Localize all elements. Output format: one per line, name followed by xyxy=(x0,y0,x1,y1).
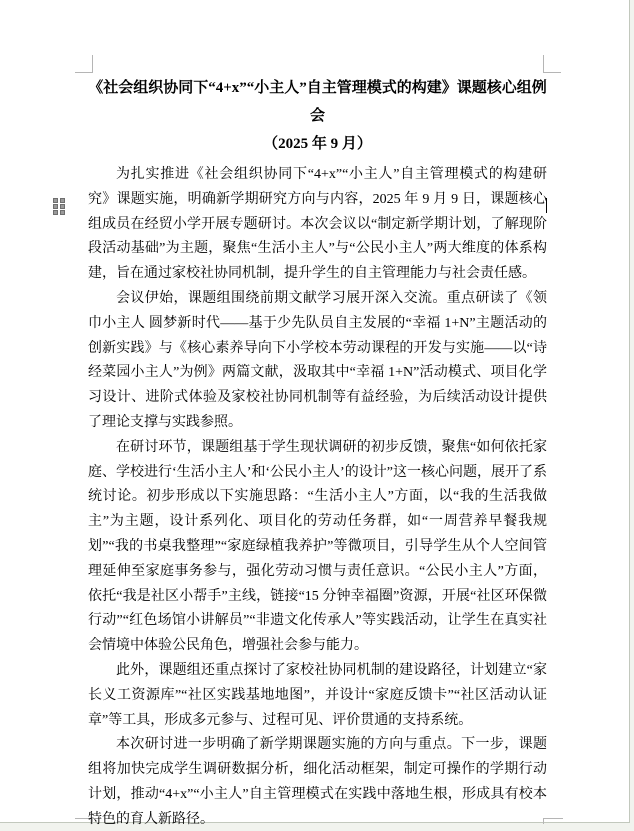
paragraph: 在研讨环节，课题组基于学生现状调研的初步反馈，聚焦“如何依托家庭、学校进行‘生活… xyxy=(88,436,547,659)
drag-handle-icon[interactable] xyxy=(54,199,64,214)
doc-subtitle: （2025 年 9 月） xyxy=(88,130,547,158)
text-boundary-mark-top-right-icon xyxy=(543,55,561,73)
paragraph: 为扎实推进《社会组织协同下“4+x”“小主人”自主管理模式的构建研究》课题实施，… xyxy=(88,163,547,287)
text-boundary-mark-top-left-icon xyxy=(75,55,93,73)
document-viewport: { "doc": { "title": "《社会组织协同下“4+x”“小主人”自… xyxy=(0,0,634,831)
paragraph: 会议伊始，课题组围绕前期文献学习展开深入交流。重点研读了《领巾小主人 圆梦新时代… xyxy=(88,287,547,436)
drag-handle-dot xyxy=(54,211,57,214)
drag-handle-dot xyxy=(54,199,57,202)
doc-body: 为扎实推进《社会组织协同下“4+x”“小主人”自主管理模式的构建研究》课题实施，… xyxy=(88,163,547,831)
drag-handle-dot xyxy=(61,199,64,202)
drag-handle-dot xyxy=(54,205,57,208)
document-page: 《社会组织协同下“4+x”“小主人”自主管理模式的构建》课题核心组例会 （202… xyxy=(0,0,630,823)
doc-title: 《社会组织协同下“4+x”“小主人”自主管理模式的构建》课题核心组例会 xyxy=(88,74,547,130)
document-text-area[interactable]: 《社会组织协同下“4+x”“小主人”自主管理模式的构建》课题核心组例会 （202… xyxy=(88,74,547,831)
drag-handle-dot xyxy=(61,211,64,214)
paragraph: 本次研讨进一步明确了新学期课题实施的方向与重点。下一步，课题组将加快完成学生调研… xyxy=(88,733,547,831)
paragraph: 此外，课题组还重点探讨了家校社协同机制的建设路径，计划建立“家长义工资源库”“社… xyxy=(88,659,547,733)
drag-handle-dot xyxy=(61,205,64,208)
